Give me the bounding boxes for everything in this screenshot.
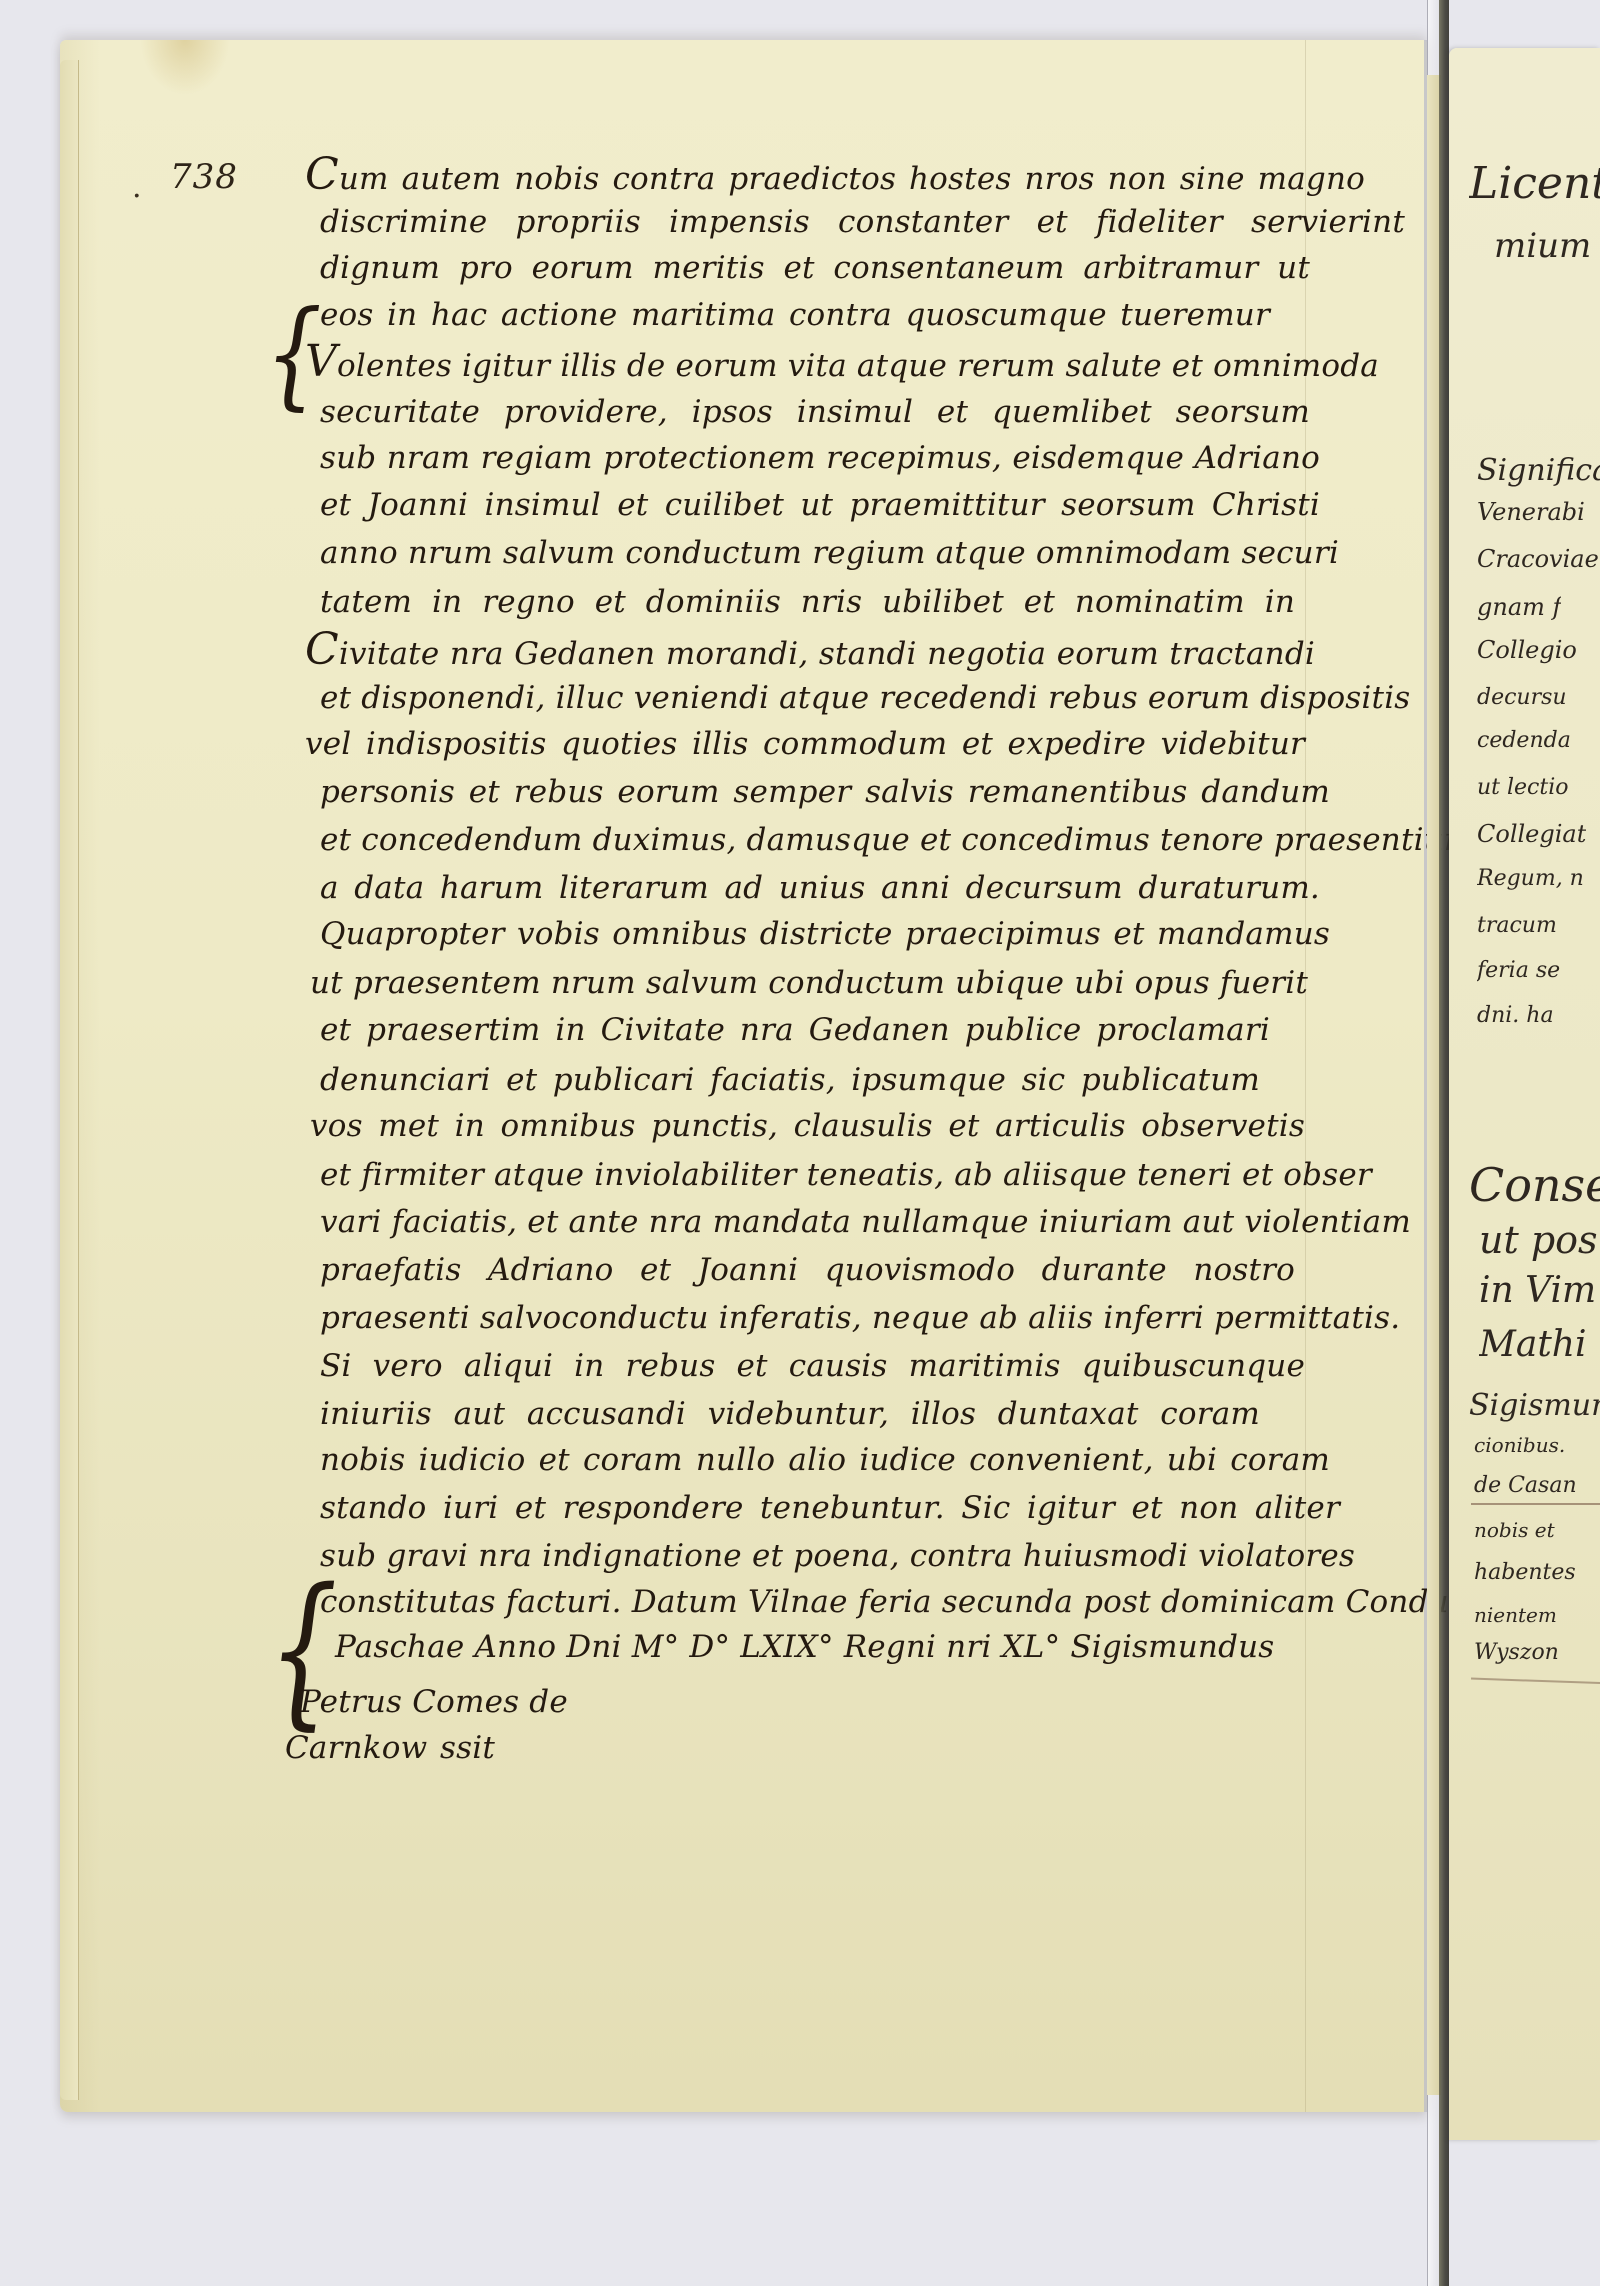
page-edge-layer — [60, 60, 79, 2100]
recto-line: Significa — [1477, 453, 1600, 488]
text-line: iniuriis aut accusandi videbuntur, illos… — [320, 1392, 1260, 1436]
signature-line: Carnkow ssit — [285, 1726, 495, 1770]
text-line: anno nrum salvum conductum regium atque … — [320, 531, 1320, 575]
verso-page: . 738 { { Cum autem nobis contra praedic… — [60, 40, 1427, 2112]
text-line: vos met in omnibus punctis, clausulis et… — [310, 1104, 1305, 1148]
recto-line: nientem — [1474, 1603, 1557, 1627]
recto-line: ut pos — [1479, 1218, 1598, 1262]
text-line: praefatis Adriano et Joanni quovismodo d… — [320, 1248, 1295, 1292]
recto-line: Venerabi — [1477, 498, 1585, 526]
text-line: tatem in regno et dominiis nris ubilibet… — [320, 580, 1295, 624]
text-line: securitate providere, ipsos insimul et q… — [320, 390, 1310, 434]
underline-rule — [1471, 1503, 1600, 1505]
recto-line: cedenda — [1477, 728, 1571, 753]
manuscript-scan: . 738 { { Cum autem nobis contra praedic… — [0, 0, 1600, 2286]
recto-line: nobis et — [1474, 1518, 1555, 1542]
text-line: et disponendi, illuc veniendi atque rece… — [320, 676, 1355, 720]
recto-line: Wyszon — [1474, 1640, 1559, 1665]
text-line: Si vero aliqui in rebus et causis mariti… — [320, 1344, 1305, 1388]
text-line: discrimine propriis impensis constanter … — [320, 200, 1405, 244]
text-line: constitutas facturi. Datum Vilnae feria … — [320, 1580, 1375, 1624]
recto-line: cionibus. — [1474, 1433, 1565, 1457]
recto-line: feria se — [1477, 958, 1560, 983]
text-line: personis et rebus eorum semper salvis re… — [320, 770, 1330, 814]
recto-line: Regum, n — [1477, 866, 1584, 891]
underline-rule — [1471, 1678, 1600, 1685]
recto-line: Mathi — [1479, 1324, 1587, 1365]
recto-line: dni. ha — [1477, 1003, 1554, 1028]
text-line: praesenti salvoconductu inferatis, neque… — [320, 1296, 1320, 1340]
recto-line: Collegio — [1477, 636, 1577, 664]
recto-line: de Casan — [1474, 1473, 1577, 1498]
text-line: ut praesentem nrum salvum conductum ubiq… — [310, 961, 1240, 1005]
text-line: et concedendum duximus, damusque et conc… — [320, 818, 1330, 862]
text-line: denunciari et publicari faciatis, ipsumq… — [320, 1058, 1260, 1102]
recto-heading: Consens — [1469, 1158, 1600, 1212]
recto-line: ut lectio — [1477, 775, 1569, 800]
text-line: Civitate nra Gedanen morandi, standi neg… — [305, 628, 1315, 672]
recto-line: mium — [1494, 226, 1591, 266]
text-line: et Joanni insimul et cuilibet ut praemit… — [320, 483, 1320, 527]
recto-line: Cracoviae ar — [1477, 545, 1600, 573]
folio-number: 738 — [170, 157, 238, 197]
recto-page: Licentia mium Significa Venerabi Cracovi… — [1449, 48, 1600, 2140]
text-line: vari faciatis, et ante nra mandata nulla… — [320, 1200, 1335, 1244]
text-line: Quapropter vobis omnibus districte praec… — [320, 912, 1330, 956]
text-line: Cum autem nobis contra praedictos hostes… — [305, 153, 1365, 197]
text-line: et praesertim in Civitate nra Gedanen pu… — [320, 1008, 1270, 1052]
recto-line: Collegiat — [1477, 820, 1586, 848]
recto-line: decursu — [1477, 685, 1567, 710]
recto-heading: Licentia — [1469, 158, 1600, 209]
recto-line: Sigismund — [1469, 1388, 1600, 1423]
text-line: eos in hac actione maritima contra quosc… — [320, 293, 1270, 337]
recto-line: in Vim — [1479, 1270, 1596, 1311]
recto-line: gnam f — [1477, 593, 1561, 621]
folio-dot: . — [132, 170, 142, 205]
text-line: sub nram regiam protectionem recepimus, … — [320, 436, 1320, 480]
text-line: sub gravi nra indignatione et poena, con… — [320, 1534, 1355, 1578]
text-line: a data harum literarum ad unius anni dec… — [320, 866, 1320, 910]
text-line: stando iuri et respondere tenebuntur. Si… — [320, 1486, 1340, 1530]
text-line: vel indispositis quoties illis commodum … — [305, 722, 1305, 766]
water-stain — [140, 40, 230, 95]
text-line: nobis iudicio et coram nullo alio iudice… — [320, 1438, 1330, 1482]
recto-line: habentes — [1474, 1560, 1576, 1585]
signature-line: Petrus Comes de — [300, 1680, 520, 1724]
recto-line: tracum — [1477, 913, 1557, 938]
text-line: Paschae Anno Dni M° D° LXIX° Regni nri X… — [335, 1625, 995, 1669]
text-line: et firmiter atque inviolabiliter teneati… — [320, 1153, 1330, 1197]
book-spine — [1439, 0, 1449, 2286]
text-line: dignum pro eorum meritis et consentaneum… — [320, 246, 1310, 290]
text-line: Volentes igitur illis de eorum vita atqu… — [305, 340, 1350, 384]
